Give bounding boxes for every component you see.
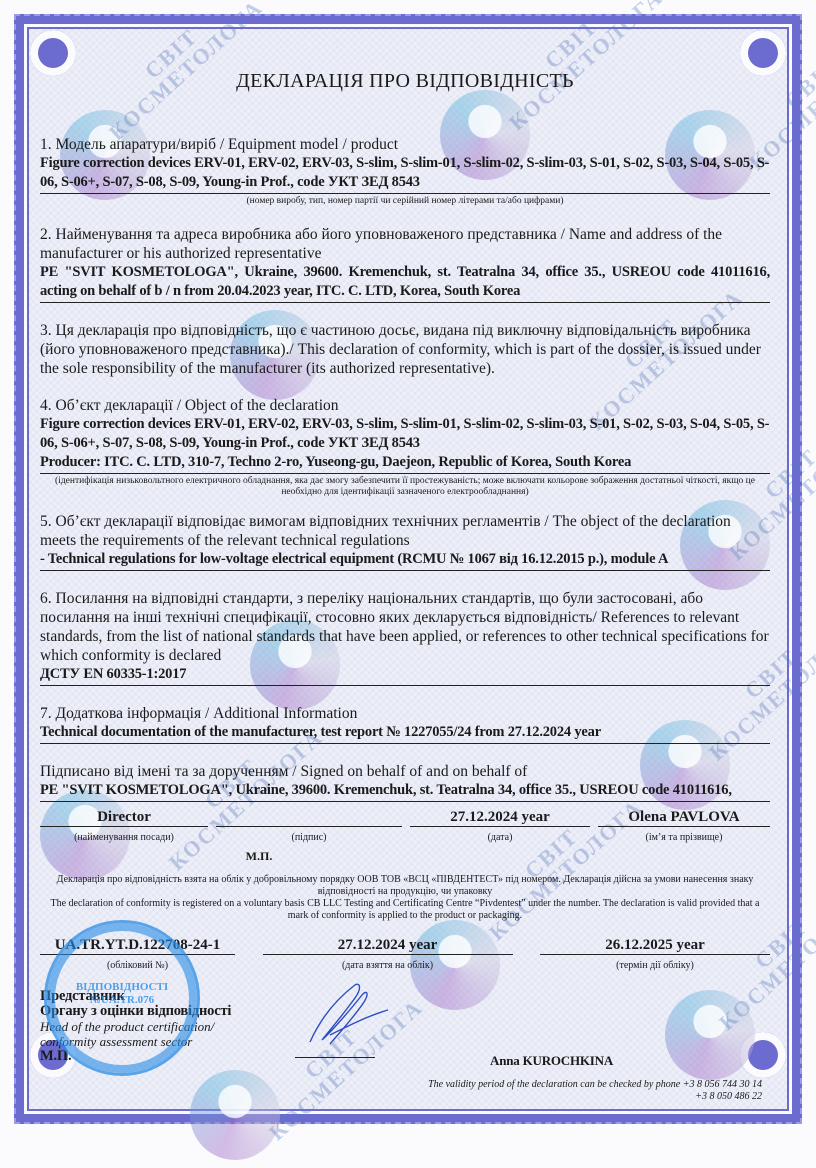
date-label: (дата) [410,828,590,847]
signature-line [295,1057,375,1058]
valid-until-field: 26.12.2025 year (термін дії обліку) [540,936,770,975]
representative-line: Head of the product certification/ [40,1019,231,1034]
stamp-mark: М.П. [40,1049,231,1064]
section-heading: Підписано від імені та за дорученням / S… [40,762,770,781]
registration-notes: Декларація про відповідність взята на об… [40,874,770,922]
document-title: ДЕКЛАРАЦІЯ ПРО ВІДПОВІДНІСТЬ [40,72,770,91]
position-label: (найменування посади) [40,828,208,847]
field-hint: (номер виробу, тип, номер партії чи сері… [40,196,770,207]
section-heading: 5. Об’єкт декларації відповідає вимогам … [40,512,770,550]
signature-line [216,808,402,827]
standards-value: ДСТУ EN 60335-1:2017 [40,665,770,686]
field-hint: (ідентифікація низьковольтного електричн… [40,476,770,498]
stamp-mark: М.П. [116,847,402,866]
representative-name: Anna KUROCHKINA [490,1051,613,1070]
phone-note-line: +3 8 050 486 22 [428,1091,762,1103]
equipment-model-value: Figure correction devices ERV-01, ERV-02… [40,154,770,194]
representative-line: Органу з оцінки відповідності [40,1004,231,1019]
section-regulations: 5. Об’єкт декларації відповідає вимогам … [40,512,770,571]
name-label: (ім’я та прізвище) [598,828,770,847]
section-signed-on-behalf: Підписано від імені та за дорученням / S… [40,762,770,802]
manufacturer-value: PE "SVIT KOSMETOLOGA", Ukraine, 39600. K… [40,263,770,303]
registration-date: 27.12.2024 year [263,936,513,955]
regulations-value: - Technical regulations for low-voltage … [40,550,770,571]
signature-row: Director (найменування посади) (підпис) … [40,808,770,866]
registration-note-en: The declaration of conformity is registe… [40,898,770,922]
section-manufacturer: 2. Найменування та адреса виробника або … [40,225,770,303]
declaration-body: ДЕКЛАРАЦІЯ ПРО ВІДПОВІДНІСТЬ 1. Модель а… [40,60,770,1099]
name-field: Olena PAVLOVA (ім’я та прізвище) [598,808,770,866]
representative-block: Представник Органу з оцінки відповідност… [40,989,770,1099]
registration-number: UA.TR.YT.D.122708-24-1 [40,936,235,955]
representative-line: conformity assessment sector [40,1034,231,1049]
section-equipment-model: 1. Модель апаратури/виріб / Equipment mo… [40,135,770,207]
signature-field: (підпис) М.П. [216,808,402,866]
position-value: Director [40,808,208,827]
additional-info-value: Technical documentation of the manufactu… [40,723,770,744]
date-value: 27.12.2024 year [410,808,590,827]
section-standards: 6. Посилання на відповідні стандарти, з … [40,589,770,686]
producer-value: Producer: ITC. C. LTD, 310-7, Techno 2-r… [40,453,770,474]
section-responsibility: 3. Ця декларація про відповідність, що є… [40,321,770,378]
registration-row: UA.TR.YT.D.122708-24-1 (обліковий №) 27.… [40,936,770,975]
registration-number-field: UA.TR.YT.D.122708-24-1 (обліковий №) [40,936,235,975]
responsibility-text: 3. Ця декларація про відповідність, що є… [40,321,770,378]
signature-label: (підпис) [216,828,402,847]
representative-title: Представник Органу з оцінки відповідност… [40,989,231,1064]
valid-until-date: 26.12.2025 year [540,936,770,955]
section-heading: 1. Модель апаратури/виріб / Equipment mo… [40,135,770,154]
name-value: Olena PAVLOVA [598,808,770,827]
registration-date-field: 27.12.2024 year (дата взяття на облік) [263,936,513,975]
date-field: 27.12.2024 year (дата) [410,808,590,866]
section-additional-info: 7. Додаткова інформація / Additional Inf… [40,704,770,744]
phone-note-line: The validity period of the declaration c… [428,1079,762,1091]
signed-on-behalf-value: PE "SVIT KOSMETOLOGA", Ukraine, 39600. K… [40,781,770,802]
object-value: Figure correction devices ERV-01, ERV-02… [40,415,770,453]
valid-until-label: (термін дії обліку) [540,956,770,975]
section-heading: 7. Додаткова інформація / Additional Inf… [40,704,770,723]
registration-number-label: (обліковий №) [40,956,235,975]
section-heading: 2. Найменування та адреса виробника або … [40,225,770,263]
registration-date-label: (дата взяття на облік) [263,956,513,975]
phone-note: The validity period of the declaration c… [428,1079,762,1103]
section-object: 4. Об’єкт декларації / Object of the dec… [40,396,770,498]
representative-line: Представник [40,989,231,1004]
section-heading: 6. Посилання на відповідні стандарти, з … [40,589,770,665]
section-heading: 4. Об’єкт декларації / Object of the dec… [40,396,770,415]
registration-note-ua: Декларація про відповідність взята на об… [40,874,770,898]
